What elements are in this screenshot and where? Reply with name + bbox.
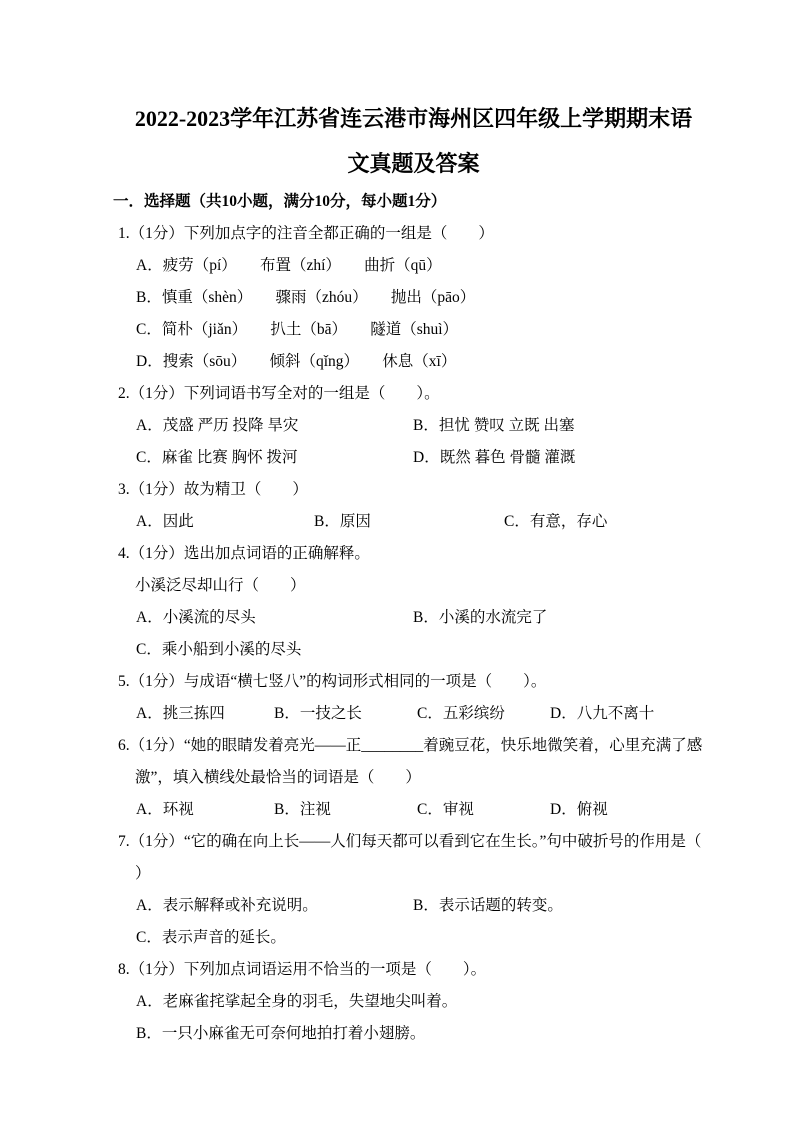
question-7-options-row1: A．表示解释或补充说明。 B．表示话题的转变。 xyxy=(113,890,714,922)
question-7-option-a: A．表示解释或补充说明。 xyxy=(136,890,413,922)
question-2-option-a: A．茂盛 严历 投降 旱灾 xyxy=(136,410,413,442)
question-5-option-b: B．一技之长 xyxy=(274,698,417,730)
question-5-option-d: D．八九不离十 xyxy=(550,698,654,730)
question-2-option-b: B．担忧 赞叹 立既 出塞 xyxy=(413,410,574,442)
question-2-option-d: D．既然 暮色 骨髓 灌溉 xyxy=(413,442,575,474)
question-7-option-b: B．表示话题的转变。 xyxy=(413,890,563,922)
question-3-option-b: B．原因 xyxy=(314,506,504,538)
question-3-option-a: A．因此 xyxy=(136,506,314,538)
exam-title: 2022-2023学年江苏省连云港市海州区四年级上学期期末语 文真题及答案 xyxy=(113,96,714,186)
question-7-stem-line2: ） xyxy=(113,858,714,890)
question-3-options-row: A．因此 B．原因 C．有意，存心 xyxy=(113,506,714,538)
question-2-option-c: C．麻雀 比赛 胸怀 拨河 xyxy=(136,442,413,474)
question-1-option-d: D．搜索（sōu） 倾斜（qǐng） 休息（xī） xyxy=(113,346,714,378)
question-6-stem-line2: 激”，填入横线处最恰当的词语是（ ） xyxy=(113,762,714,794)
question-5-options-row: A．挑三拣四 B．一技之长 C．五彩缤纷 D．八九不离十 xyxy=(113,698,714,730)
question-7-option-c: C．表示声音的延长。 xyxy=(113,922,714,954)
question-2-options-row2: C．麻雀 比赛 胸怀 拨河 D．既然 暮色 骨髓 灌溉 xyxy=(113,442,714,474)
question-5-option-a: A．挑三拣四 xyxy=(136,698,274,730)
question-1-stem: 1.（1分）下列加点字的注音全都正确的一组是（ ） xyxy=(113,218,714,250)
exam-document-page: 2022-2023学年江苏省连云港市海州区四年级上学期期末语 文真题及答案 一．… xyxy=(0,0,794,1123)
question-4-options-row1: A．小溪流的尽头 B．小溪的水流完了 xyxy=(113,602,714,634)
question-1-option-c: C．简朴（jiǎn） 扒土（bā） 隧道（shuì） xyxy=(113,314,714,346)
exam-title-line1: 2022-2023学年江苏省连云港市海州区四年级上学期期末语 xyxy=(113,96,714,141)
question-3-option-c: C．有意，存心 xyxy=(504,506,607,538)
question-6-options-row: A．环视 B．注视 C．审视 D．俯视 xyxy=(113,794,714,826)
question-2-options-row1: A．茂盛 严历 投降 旱灾 B．担忧 赞叹 立既 出塞 xyxy=(113,410,714,442)
question-7-stem-line1: 7.（1分）“它的确在向上长——人们每天都可以看到它在生长。”句中破折号的作用是… xyxy=(113,826,714,858)
question-6-option-c: C．审视 xyxy=(417,794,550,826)
question-4-subtext: 小溪泛尽却山行（ ） xyxy=(113,570,714,602)
exam-title-line2: 文真题及答案 xyxy=(113,141,714,186)
question-8-stem: 8.（1分）下列加点词语运用不恰当的一项是（ ）。 xyxy=(113,954,714,986)
question-8-option-b: B．一只小麻雀无可奈何地拍打着小翅膀。 xyxy=(113,1018,714,1050)
question-4-stem: 4.（1分）选出加点词语的正确解释。 xyxy=(113,538,714,570)
question-2-stem: 2.（1分）下列词语书写全对的一组是（ ）。 xyxy=(113,378,714,410)
question-4-option-a: A．小溪流的尽头 xyxy=(136,602,413,634)
question-5-option-c: C．五彩缤纷 xyxy=(417,698,550,730)
question-8-option-a: A．老麻雀挓挲起全身的羽毛，失望地尖叫着。 xyxy=(113,986,714,1018)
question-1-option-b: B．慎重（shèn） 骤雨（zhóu） 抛出（pāo） xyxy=(113,282,714,314)
question-6-option-b: B．注视 xyxy=(274,794,417,826)
question-4-option-c: C．乘小船到小溪的尽头 xyxy=(113,634,714,666)
question-1-option-a: A．疲劳（pí） 布置（zhí） 曲折（qū） xyxy=(113,250,714,282)
question-5-stem: 5.（1分）与成语“横七竖八”的构词形式相同的一项是（ ）。 xyxy=(113,666,714,698)
section-heading: 一．选择题（共10小题，满分10分，每小题1分） xyxy=(113,186,714,218)
question-6-stem-line1: 6.（1分）“她的眼睛发着亮光——正________着豌豆花，快乐地微笑着，心里… xyxy=(113,730,714,762)
question-4-option-b: B．小溪的水流完了 xyxy=(413,602,547,634)
question-6-option-d: D．俯视 xyxy=(550,794,608,826)
question-6-option-a: A．环视 xyxy=(136,794,274,826)
question-3-stem: 3.（1分）故为精卫（ ） xyxy=(113,474,714,506)
